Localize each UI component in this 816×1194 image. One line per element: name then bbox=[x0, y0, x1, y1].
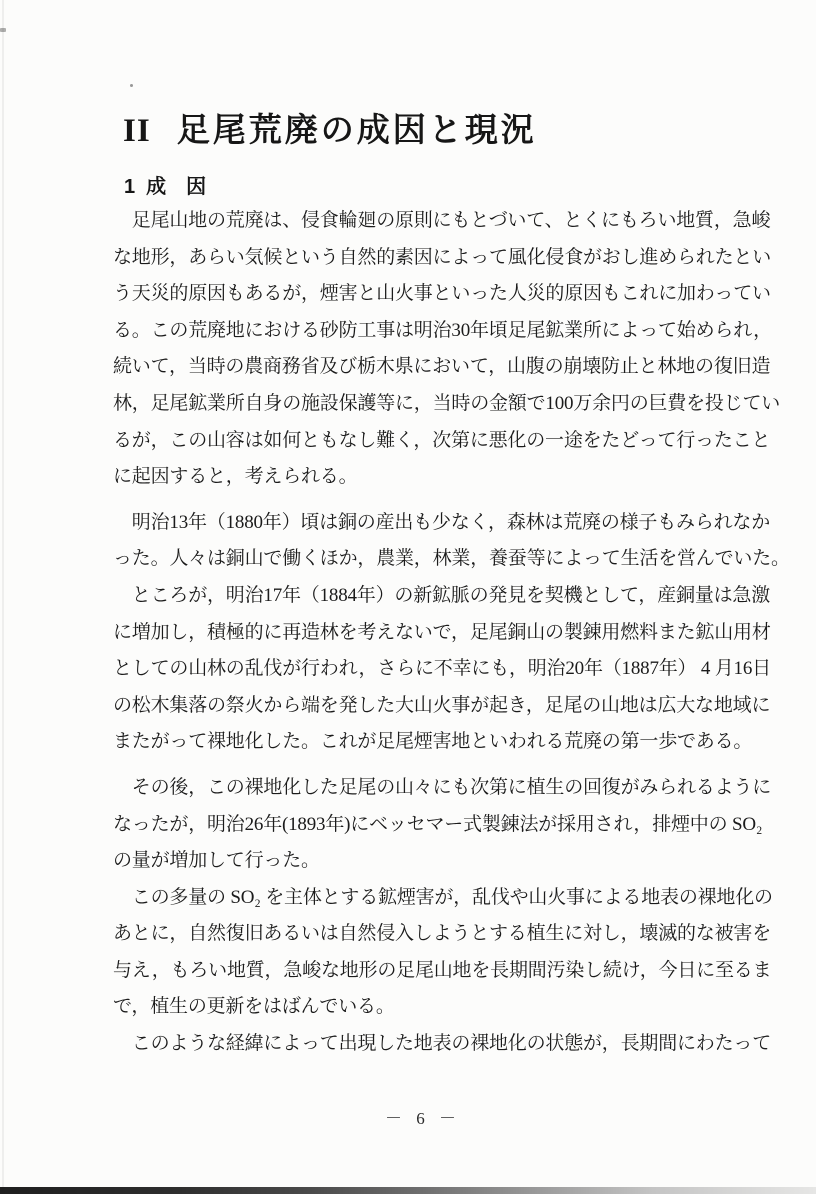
body-line: の松木集落の祭火から端を発した大山火事が起き，足尾の山地は広大な地域に bbox=[113, 688, 757, 725]
section-heading: 1成 因 bbox=[124, 170, 206, 199]
body-line: で，植生の更新をはばんでいる。 bbox=[113, 989, 757, 1026]
body-line: 明治13年（1880年）頃は銅の産出も少なく，森林は荒廃の様子もみられなか bbox=[113, 505, 757, 542]
body-text: 足尾山地の荒廃は、侵食輪廻の原則にもとづいて、とくにもろい地質，急峻 な地形，あ… bbox=[113, 203, 757, 1063]
body-line: 与え，もろい地質，急峻な地形の足尾山地を長期間汚染し続け，今日に至るま bbox=[113, 953, 757, 990]
body-line: った。人々は銅山で働くほか，農業，林業，養蚕等によって生活を営んでいた。 bbox=[113, 541, 757, 578]
document-page: II足尾荒廃の成因と現況 1成 因 足尾山地の荒廃は、侵食輪廻の原則にもとづいて… bbox=[0, 0, 816, 1194]
page-number: － 6 － bbox=[113, 1104, 733, 1129]
chapter-title-text: 足尾荒廃の成因と現況 bbox=[177, 113, 537, 149]
section-title-text: 成 因 bbox=[146, 176, 206, 198]
body-line: その後，この裸地化した足尾の山々にも次第に植生の回復がみられるように bbox=[113, 770, 757, 807]
chapter-title: II足尾荒廃の成因と現況 bbox=[123, 104, 537, 151]
body-line: 林，足尾鉱業所自身の施設保護等に，当時の金額で100万余円の巨費を投じてい bbox=[113, 386, 757, 423]
body-line: る。この荒廃地における砂防工事は明治30年頃足尾鉱業所によって始められ， bbox=[113, 313, 757, 350]
body-line: の量が増加して行った。 bbox=[113, 843, 757, 880]
section-number: 1 bbox=[124, 176, 135, 199]
paragraph: その後，この裸地化した足尾の山々にも次第に植生の回復がみられるように なったが，… bbox=[113, 770, 757, 880]
body-line: な地形，あらい気候という自然的素因によって風化侵食がおし進められたとい bbox=[113, 240, 757, 277]
paragraph: ところが，明治17年（1884年）の新鉱脈の発見を契機として，産銅量は急激 に増… bbox=[113, 578, 757, 761]
scan-noise-dot bbox=[130, 84, 133, 87]
body-line: ところが，明治17年（1884年）の新鉱脈の発見を契機として，産銅量は急激 bbox=[113, 578, 757, 615]
body-line: としての山林の乱伐が行われ，さらに不幸にも，明治20年（1887年） 4 月16… bbox=[113, 651, 757, 688]
body-line: に起因すると，考えられる。 bbox=[113, 459, 757, 496]
paragraph: このような経緯によって出現した地表の裸地化の状態が，長期間にわたって bbox=[113, 1026, 757, 1063]
scan-left-edge-tick bbox=[0, 28, 6, 32]
body-line: るが，この山容は如何ともなし難く，次第に悪化の一途をたどって行ったこと bbox=[113, 423, 757, 460]
body-line: あとに，自然復旧あるいは自然侵入しようとする植生に対し，壊滅的な被害を bbox=[113, 916, 757, 953]
body-line: う天災的原因もあるが，煙害と山火事といった人災的原因もこれに加わってい bbox=[113, 276, 757, 313]
paragraph: 明治13年（1880年）頃は銅の産出も少なく，森林は荒廃の様子もみられなか った… bbox=[113, 505, 757, 578]
body-line: に増加し，積極的に再造林を考えないで，足尾銅山の製錬用燃料また鉱山用材 bbox=[113, 615, 757, 652]
body-line: またがって裸地化した。これが足尾煙害地といわれる荒廃の第一歩である。 bbox=[113, 724, 757, 761]
body-line: このような経緯によって出現した地表の裸地化の状態が，長期間にわたって bbox=[113, 1026, 757, 1063]
paragraph: 足尾山地の荒廃は、侵食輪廻の原則にもとづいて、とくにもろい地質，急峻 な地形，あ… bbox=[113, 203, 757, 496]
chapter-number: II bbox=[123, 113, 151, 150]
body-line: なったが，明治26年(1893年)にベッセマー式製錬法が採用され，排煙中の SO… bbox=[113, 807, 757, 844]
paragraph: この多量の SO₂ を主体とする鉱煙害が，乱伐や山火事による地表の裸地化の あと… bbox=[113, 880, 757, 1026]
scan-left-edge-line bbox=[2, 0, 4, 1194]
body-line: この多量の SO₂ を主体とする鉱煙害が，乱伐や山火事による地表の裸地化の bbox=[113, 880, 757, 917]
scan-bottom-edge-shadow bbox=[0, 1187, 816, 1194]
body-line: 足尾山地の荒廃は、侵食輪廻の原則にもとづいて、とくにもろい地質，急峻 bbox=[113, 203, 757, 240]
body-line: 続いて，当時の農商務省及び栃木県において，山腹の崩壊防止と林地の復旧造 bbox=[113, 349, 757, 386]
